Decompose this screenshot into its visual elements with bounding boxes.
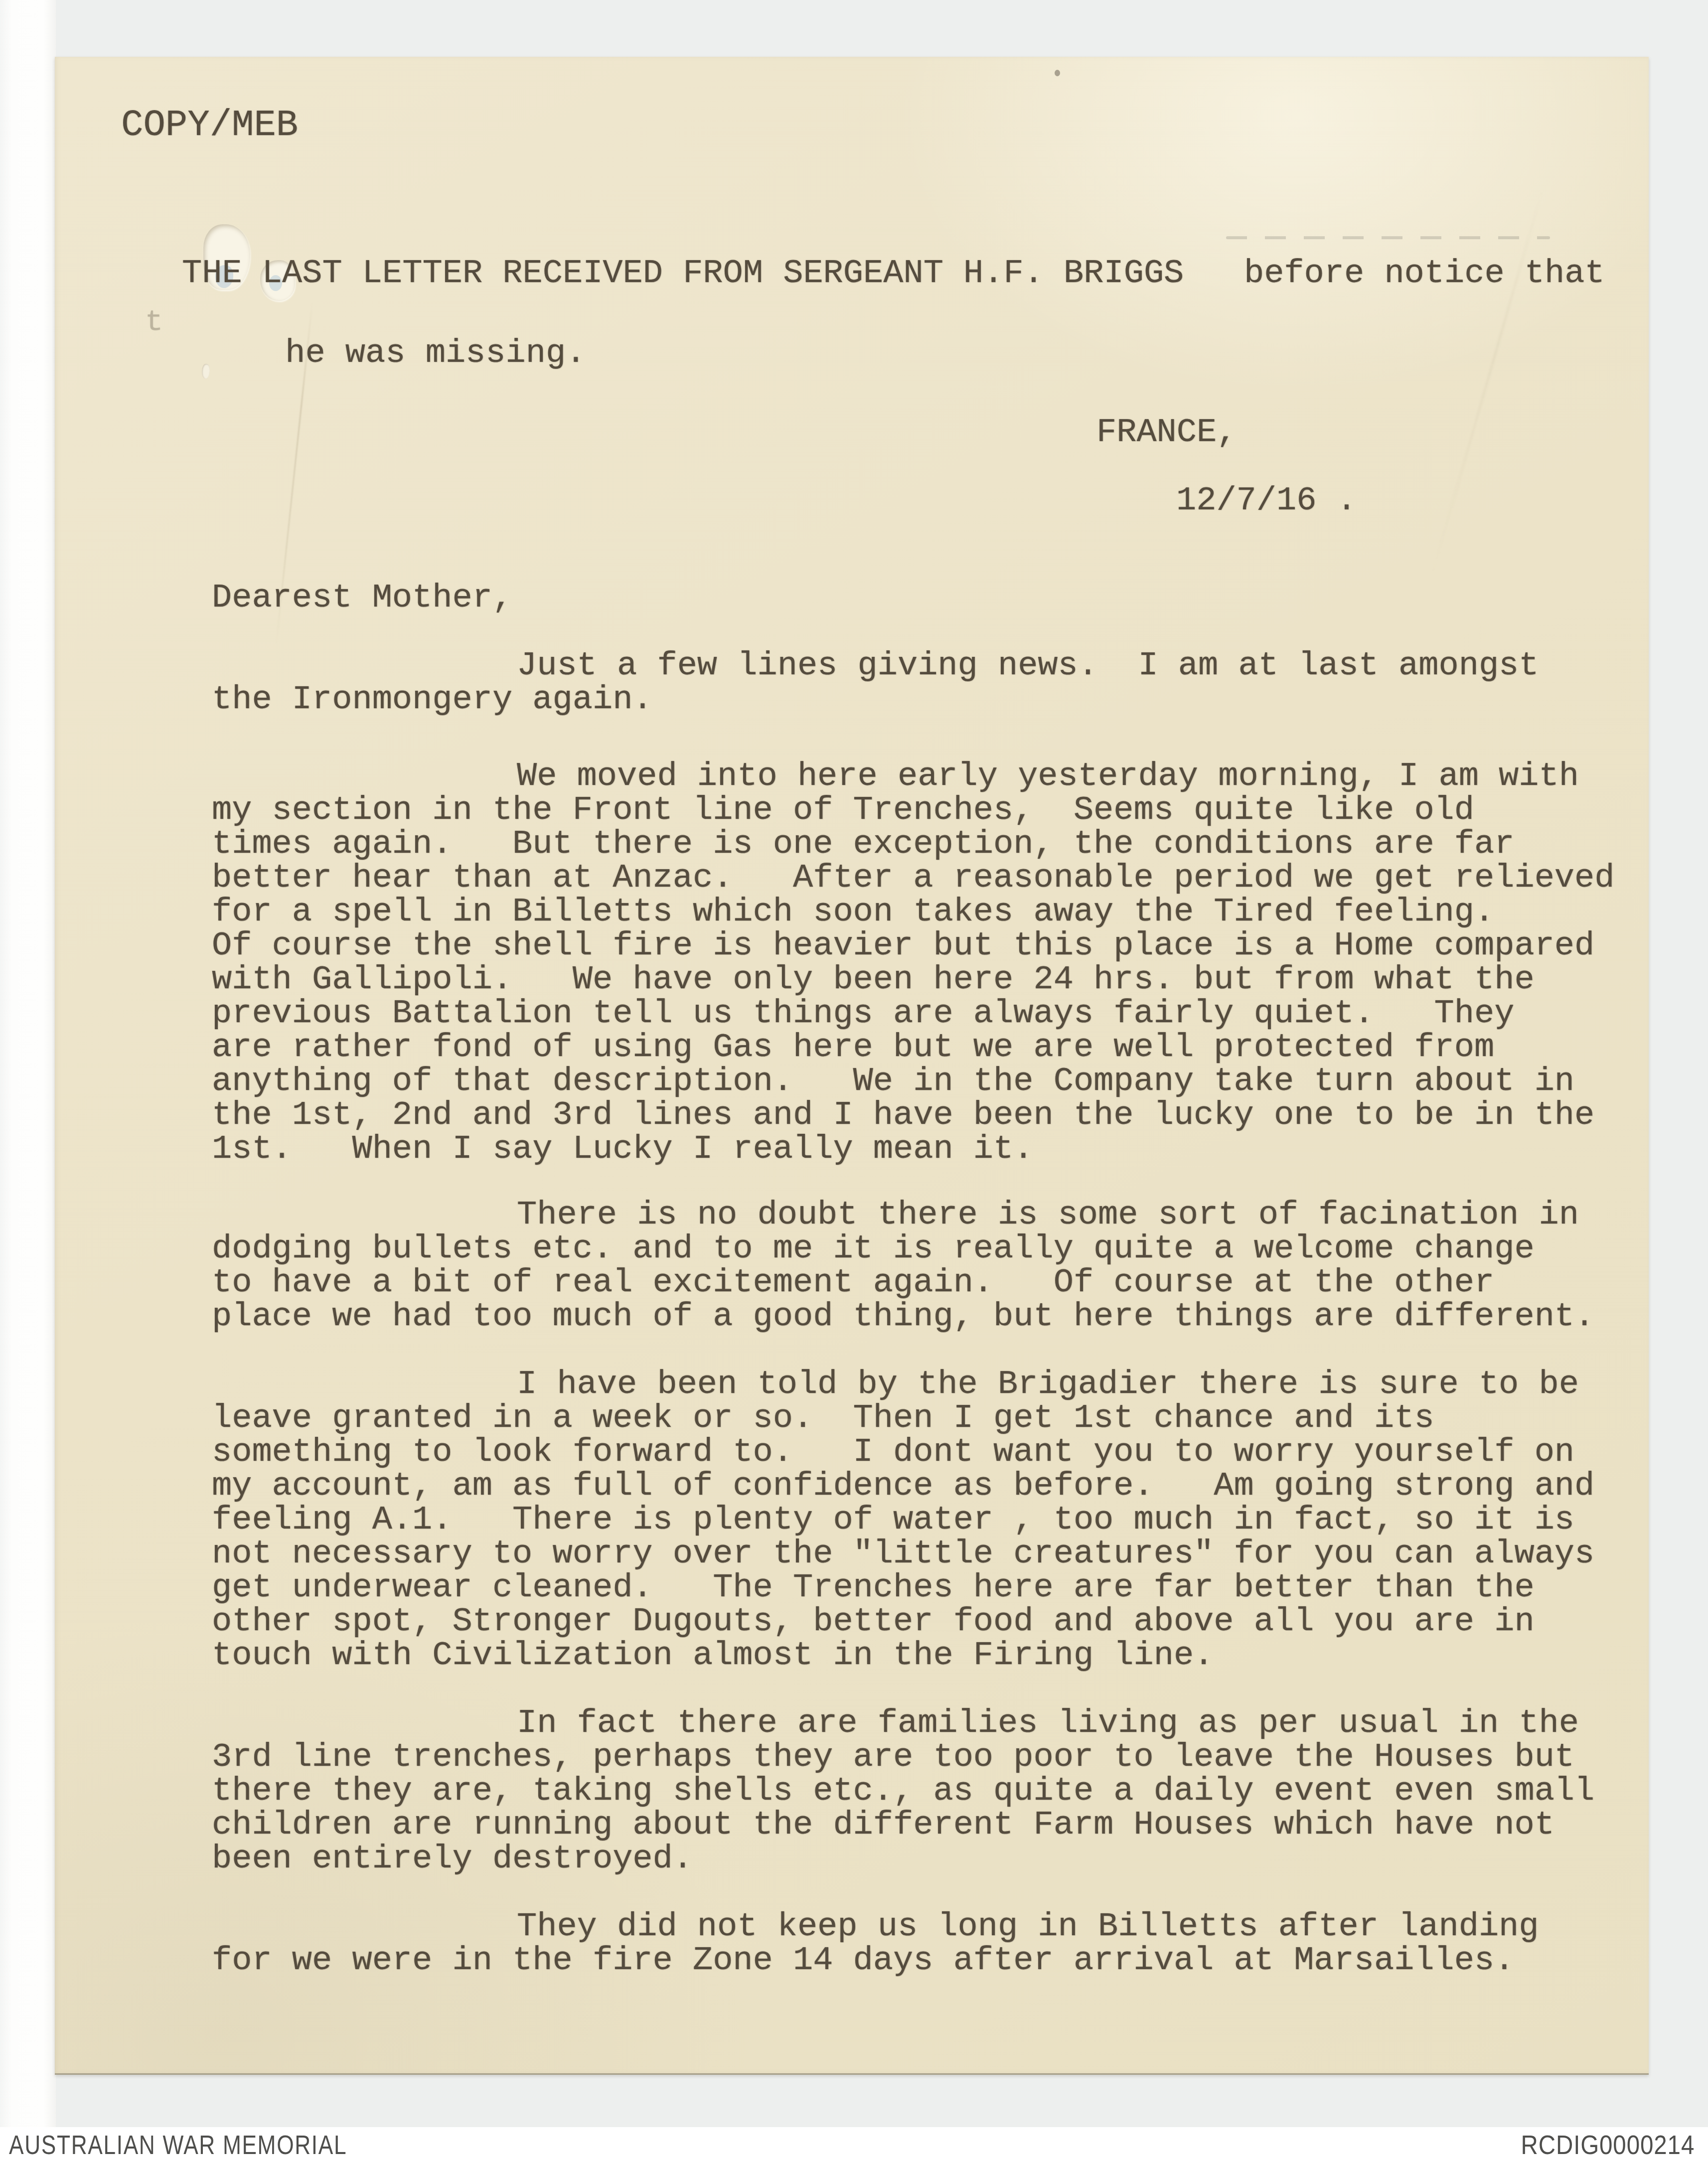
paragraph-1: Just a few lines giving news. I am at la…	[212, 649, 1539, 717]
scanned-document-page: COPY/MEB THE LAST LETTER RECEIVED FROM S…	[0, 0, 1708, 2162]
footer-bar: AUSTRALIAN WAR MEMORIAL RCDIG0000214	[0, 2127, 1708, 2162]
dateline-date: 12/7/16 .	[1176, 484, 1357, 518]
letter-line: for a spell in Billetts which soon takes…	[212, 895, 1614, 929]
letter-line: leave granted in a week or so. Then I ge…	[212, 1401, 1594, 1435]
letter-line: get underwear cleaned. The Trenches here…	[212, 1571, 1594, 1605]
letter-line: the 1st, 2nd and 3rd lines and I have be…	[212, 1098, 1614, 1132]
stray-typed-mark: t	[145, 306, 163, 339]
letter-line: children are running about the different…	[212, 1808, 1594, 1842]
footer-reference-id: RCDIG0000214	[1521, 2132, 1695, 2159]
letter-title-line1: THE LAST LETTER RECEIVED FROM SERGEANT H…	[182, 257, 1605, 291]
letter-paper: COPY/MEB THE LAST LETTER RECEIVED FROM S…	[55, 57, 1649, 2075]
letter-title-line2-text: he was missing.	[285, 334, 586, 372]
letter-line: my account, am as full of confidence as …	[212, 1469, 1594, 1503]
letter-line: anything of that description. We in the …	[212, 1065, 1614, 1098]
paragraph-4: I have been told by the Brigadier there …	[212, 1368, 1594, 1673]
copy-annotation: COPY/MEB	[121, 109, 298, 143]
letter-line: Just a few lines giving news. I am at la…	[212, 649, 1539, 683]
faded-dashed-mark	[1226, 236, 1550, 239]
letter-line: for we were in the fire Zone 14 days aft…	[212, 1944, 1539, 1978]
letter-line: place we had too much of a good thing, b…	[212, 1300, 1594, 1334]
letter-line: They did not keep us long in Billetts af…	[212, 1910, 1539, 1944]
scan-left-margin	[0, 0, 56, 2127]
letter-line: are rather fond of using Gas here but we…	[212, 1031, 1614, 1065]
letter-line: better hear than at Anzac. After a reaso…	[212, 861, 1614, 895]
letter-line: not necessary to worry over the "little …	[212, 1537, 1594, 1571]
letter-line: been entirely destroyed.	[212, 1842, 1594, 1876]
letter-title-line2: the was missing.	[165, 303, 586, 404]
ink-speck	[1055, 70, 1060, 76]
paragraph-5: In fact there are families living as per…	[212, 1706, 1594, 1876]
letter-line: In fact there are families living as per…	[212, 1706, 1594, 1740]
salutation: Dearest Mother,	[212, 581, 512, 615]
dateline-place: FRANCE,	[1096, 416, 1237, 450]
letter-line: We moved into here early yesterday morni…	[212, 760, 1614, 793]
letter-line: There is no doubt there is some sort of …	[212, 1198, 1594, 1232]
letter-line: with Gallipoli. We have only been here 2…	[212, 963, 1614, 997]
letter-line: to have a bit of real excitement again. …	[212, 1266, 1594, 1300]
letter-line: Of course the shell fire is heavier but …	[212, 929, 1614, 963]
letter-line: 1st. When I say Lucky I really mean it.	[212, 1132, 1614, 1166]
letter-line: times again. But there is one exception,…	[212, 827, 1614, 861]
letter-line: previous Battalion tell us things are al…	[212, 997, 1614, 1031]
paragraph-2: We moved into here early yesterday morni…	[212, 760, 1614, 1166]
letter-line: 3rd line trenches, perhaps they are too …	[212, 1740, 1594, 1774]
letter-line: there they are, taking shells etc., as q…	[212, 1774, 1594, 1808]
paragraph-6: They did not keep us long in Billetts af…	[212, 1910, 1539, 1978]
letter-line: touch with Civilization almost in the Fi…	[212, 1639, 1594, 1673]
letter-line: the Ironmongery again.	[212, 683, 1539, 717]
letter-line: I have been told by the Brigadier there …	[212, 1368, 1594, 1401]
letter-line: my section in the Front line of Trenches…	[212, 793, 1614, 827]
footer-archive-name: AUSTRALIAN WAR MEMORIAL	[9, 2132, 347, 2159]
letter-line: something to look forward to. I dont wan…	[212, 1435, 1594, 1469]
paper-crease	[1430, 186, 1544, 580]
paragraph-3: There is no doubt there is some sort of …	[212, 1198, 1594, 1334]
letter-line: other spot, Stronger Dugouts, better foo…	[212, 1605, 1594, 1639]
letter-line: feeling A.1. There is plenty of water , …	[212, 1503, 1594, 1537]
letter-line: dodging bullets etc. and to me it is rea…	[212, 1232, 1594, 1266]
